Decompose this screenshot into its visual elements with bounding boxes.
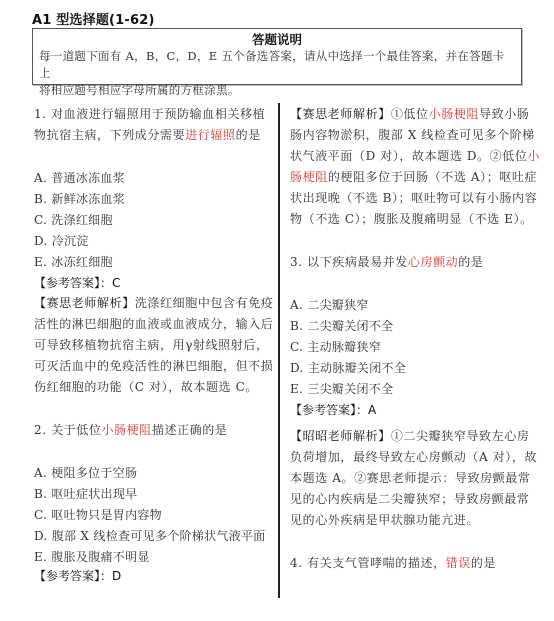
option-a: A. 普通冰冻血浆 [34, 168, 270, 189]
stem-text: 2. 关于低位 [34, 423, 101, 437]
analysis-text: 状出现晚（不选 B）；呕吐物可以有小肠内容 [290, 191, 537, 205]
answer-label: 【参考答案】 [34, 569, 100, 583]
option-e: E. 腹胀及腹痛不明显 [34, 547, 270, 568]
option-a: A. 二尖瓣狭窄 [290, 295, 524, 316]
stem-text: 3. 以下疾病最易并发 [290, 255, 408, 269]
analysis-text: 见的心内疾病是二尖瓣狭窄；导致房颤最常 [290, 489, 524, 510]
analysis-label: 【赛思老师解析】 [34, 296, 135, 310]
analysis-text: 可导致移植物抗宿主病，用γ射线照射后， [34, 335, 270, 356]
question-3: 3. 以下疾病最易并发心房颤动的是 A. 二尖瓣狭窄 B. 二尖瓣关闭不全 C.… [290, 252, 524, 531]
analysis-text: 伤红细胞的功能（C 对），故本题选 C。 [34, 377, 270, 398]
analysis-label: 【赛思老师解析】 [290, 107, 391, 121]
option-e: E. 冰冻红细胞 [34, 252, 270, 273]
analysis-highlight: 小肠梗阻 [429, 107, 479, 121]
analysis-text: ①低位 [391, 107, 429, 121]
stem-text: 描述正确的是 [152, 423, 228, 437]
option-d: D. 冷沉淀 [34, 231, 270, 252]
stem-highlight: 心房颤动 [408, 255, 458, 269]
option-e: E. 三尖瓣关闭不全 [290, 379, 524, 400]
analysis-text: 负荷增加，最终导致左心房颤动（A 对），故 [290, 447, 524, 468]
stem-text: 物抗宿主病，下列成分需要 [34, 128, 185, 142]
stem-text: 的是 [471, 556, 496, 570]
question-2-stem: 2. 关于低位小肠梗阻描述正确的是 [34, 420, 270, 441]
stem-text: 1. 对血液进行辐照用于预防输血相关移植 [34, 107, 265, 121]
question-2-analysis: 【赛思老师解析】①低位小肠梗阻导致小肠 肠内容物淤积，腹部 X 线检查可见多个阶… [290, 104, 524, 230]
option-c: C. 呕吐物只是胃内容物 [34, 505, 270, 526]
analysis-text: 本题选 A。②赛思老师提示：导致房颤最常 [290, 468, 524, 489]
question-1-stem-line-2: 物抗宿主病，下列成分需要进行辐照的是 [34, 125, 270, 146]
analysis-text: 的梗阻多位于回肠（不选 A）；呕吐症 [328, 170, 537, 184]
question-3-stem: 3. 以下疾病最易并发心房颤动的是 [290, 252, 524, 273]
question-1: 1. 对血液进行辐照用于预防输血相关移植 物抗宿主病，下列成分需要进行辐照的是 … [34, 104, 270, 398]
analysis-text: 导致小肠 [479, 107, 529, 121]
answer-value: ：A [356, 403, 376, 417]
section-title: A1 型选择题(1-62) [32, 9, 155, 28]
analysis: 【赛思老师解析】洗涤红细胞中包含有免疫 活性的淋巴细胞的血液或血液成分，输入后 … [34, 293, 270, 398]
answer-label: 【参考答案】 [290, 403, 356, 417]
instructions-title: 答题说明 [33, 31, 521, 48]
analysis-text: 洗涤红细胞中包含有免疫 [135, 296, 274, 310]
option-b: B. 二尖瓣关闭不全 [290, 316, 524, 337]
analysis-text: 可灭活血中的免疫活性的淋巴细胞，但不损 [34, 356, 270, 377]
reference-answer: 【参考答案】：C [34, 273, 270, 293]
stem-highlight: 错误 [446, 556, 471, 570]
answer-label: 【参考答案】 [34, 276, 100, 290]
left-column: 1. 对血液进行辐照用于预防输血相关移植 物抗宿主病，下列成分需要进行辐照的是 … [34, 104, 270, 584]
analysis: 【昭昭老师解析】①二尖瓣狭窄导致左心房 负荷增加，最终导致左心房颤动（A 对），… [290, 426, 524, 531]
option-d: D. 腹部 X 线检查可见多个阶梯状气液平面 [34, 526, 270, 547]
analysis-label: 【昭昭老师解析】 [290, 429, 391, 443]
analysis-highlight: 小 [527, 149, 540, 163]
stem-highlight: 进行辐照 [185, 128, 235, 142]
analysis-text: 状气液平面（D 对），故本题选 D。②低位 [290, 149, 527, 163]
analysis-text: ①二尖瓣狭窄导致左心房 [391, 429, 530, 443]
question-4-stem: 4. 有关支气管哮喘的描述，错误的是 [290, 553, 524, 574]
stem-text: 的是 [458, 255, 483, 269]
question-4: 4. 有关支气管哮喘的描述，错误的是 [290, 553, 524, 574]
question-2: 2. 关于低位小肠梗阻描述正确的是 A. 梗阻多位于空肠 B. 呕吐症状出现早 … [34, 420, 270, 584]
option-c: C. 主动脉瓣狭窄 [290, 337, 524, 358]
analysis-text: 肠内容物淤积，腹部 X 线检查可见多个阶梯 [290, 128, 535, 142]
answer-value: ：D [100, 569, 121, 583]
analysis-text: 物（不选 C）；腹胀及腹痛明显（不选 E）。 [290, 212, 533, 226]
stem-text: 的是 [236, 128, 261, 142]
option-b: B. 呕吐症状出现早 [34, 484, 270, 505]
right-column: 【赛思老师解析】①低位小肠梗阻导致小肠 肠内容物淤积，腹部 X 线检查可见多个阶… [290, 104, 524, 574]
instructions-line-1: 每一道题下面有 A，B，C，D，E 五个备选答案，请从中选择一个最佳答案，并在答… [33, 48, 521, 82]
question-1-stem-line-1: 1. 对血液进行辐照用于预防输血相关移植 [34, 104, 270, 125]
option-a: A. 梗阻多位于空肠 [34, 463, 270, 484]
option-d: D. 主动脉瓣关闭不全 [290, 358, 524, 379]
answer-value: ：C [100, 276, 120, 290]
analysis-text: 活性的淋巴细胞的血液或血液成分，输入后 [34, 314, 270, 335]
reference-answer: 【参考答案】：A [290, 400, 524, 420]
analysis-highlight: 肠梗阻 [290, 170, 328, 184]
option-b: B. 新鲜冰冻血浆 [34, 189, 270, 210]
column-divider [278, 103, 280, 598]
stem-highlight: 小肠梗阻 [101, 423, 151, 437]
stem-text: 4. 有关支气管哮喘的描述， [290, 556, 446, 570]
reference-answer: 【参考答案】：D [34, 568, 270, 584]
instructions-line-2: 将相应题号相应字母所属的方框涂黑。 [33, 82, 521, 99]
instructions-box: 答题说明 每一道题下面有 A，B，C，D，E 五个备选答案，请从中选择一个最佳答… [32, 28, 522, 85]
analysis-text: 见的心外疾病是甲状腺功能亢进。 [290, 510, 524, 531]
option-c: C. 洗涤红细胞 [34, 210, 270, 231]
